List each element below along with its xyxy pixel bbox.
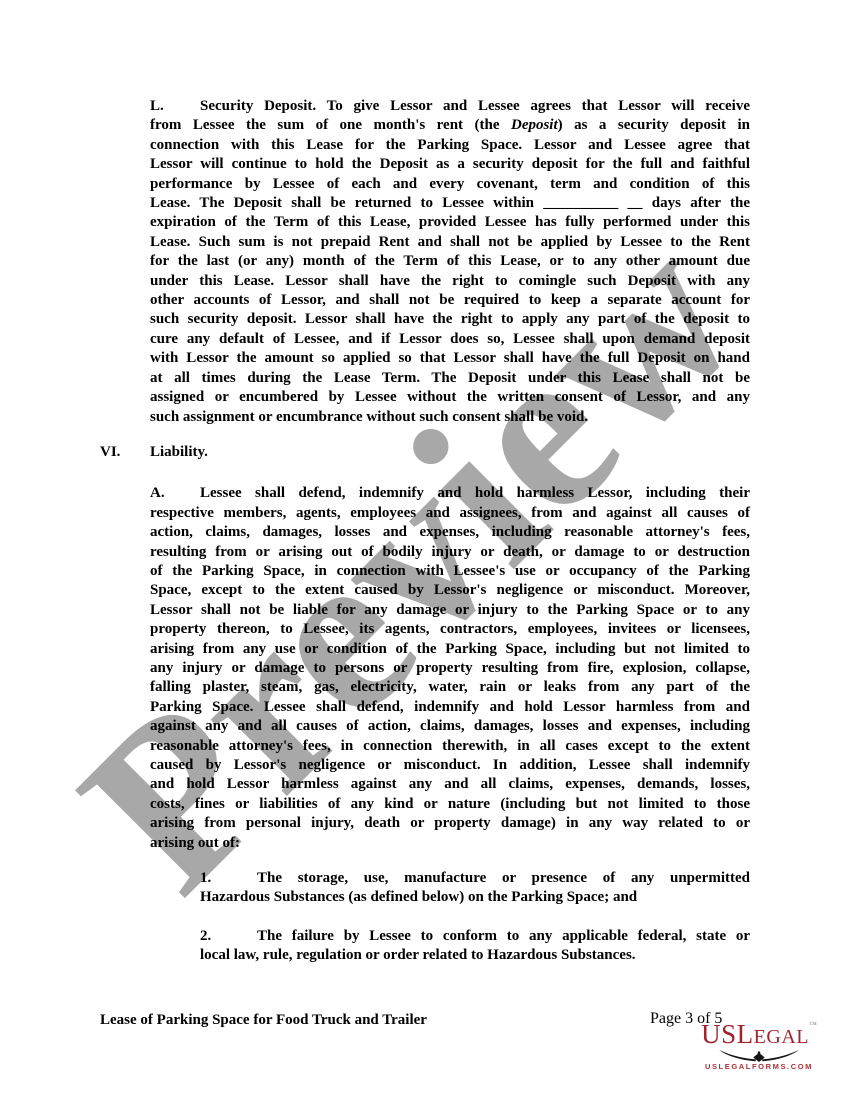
text-line: at all times during the Lease Term. The … xyxy=(150,369,750,388)
trademark-symbol: ™ xyxy=(809,1020,817,1029)
text-line: from Lessee the sum of one month's rent … xyxy=(150,116,750,135)
document-page: Preview L.Security Deposit. To give Less… xyxy=(0,0,850,1100)
text-line: other accounts of Lessor, and shall not … xyxy=(150,291,750,310)
text-line: Lease. Such sum is not prepaid Rent and … xyxy=(150,233,750,252)
text-line: Lessor shall not be liable for any damag… xyxy=(150,601,750,620)
text-line: of the Parking Space, in connection with… xyxy=(150,562,750,581)
text-line: arising from personal injury, death or p… xyxy=(150,814,750,833)
text-line: 2.The failure by Lessee to conform to an… xyxy=(200,927,750,946)
text-line: such assignment or encumbrance without s… xyxy=(150,408,750,427)
text-line: against any and all causes of action, cl… xyxy=(150,717,750,736)
text-line: 1.The storage, use, manufacture or prese… xyxy=(200,869,750,888)
uslegal-logo: USLEGAL™ USLEGALFORMS.COM xyxy=(696,1021,822,1071)
logo-wordmark: USLEGAL™ xyxy=(696,1021,822,1048)
clause-label: 1. xyxy=(200,869,257,888)
text-line: L.Security Deposit. To give Lessor and L… xyxy=(150,97,750,116)
text-line: falling plaster, steam, gas, electricity… xyxy=(150,678,750,697)
text-line: property thereon, to Lessee, its agents,… xyxy=(150,620,750,639)
italic-term: Deposit xyxy=(511,117,558,133)
text-line: reasonable attorney's fees, in connectio… xyxy=(150,737,750,756)
text-line: Space, except to the extent caused by Le… xyxy=(150,581,750,600)
item-2-failure-to-conform: 2.The failure by Lessee to conform to an… xyxy=(200,927,750,966)
text-line: Lease. The Deposit shall be returned to … xyxy=(150,194,750,213)
text-line: Parking Space. Lessee shall defend, inde… xyxy=(150,698,750,717)
text-line: A.Lessee shall defend, indemnify and hol… xyxy=(150,484,750,503)
text-line: caused by Lessor's negligence or miscond… xyxy=(150,756,750,775)
text-line: connection with this Lease for the Parki… xyxy=(150,136,750,155)
text-line: action, claims, damages, losses and expe… xyxy=(150,523,750,542)
text-line: for the last (or any) month of the Term … xyxy=(150,252,750,271)
text-line: resulting from or arising out of bodily … xyxy=(150,543,750,562)
heading-vi-liability: VI.Liability. xyxy=(100,443,750,462)
text-line: respective members, agents, employees an… xyxy=(150,504,750,523)
text-line: with Lessor the amount so applied so tha… xyxy=(150,349,750,368)
text-line: and hold Lessor harmless against any and… xyxy=(150,775,750,794)
text-line: arising from any use or condition of the… xyxy=(150,640,750,659)
text-line: any injury or damage to persons or prope… xyxy=(150,659,750,678)
text-line: VI.Liability. xyxy=(100,443,750,462)
clause-label: L. xyxy=(150,97,200,116)
clause-label: 2. xyxy=(200,927,257,946)
logo-website: USLEGALFORMS.COM xyxy=(696,1063,822,1071)
clause-label: VI. xyxy=(100,443,150,462)
item-1-hazardous-substances-storage: 1.The storage, use, manufacture or prese… xyxy=(200,869,750,908)
logo-wordmark-large: USL xyxy=(701,1019,754,1049)
text-line: assigned or encumbered by Lessee without… xyxy=(150,388,750,407)
text-line: Hazardous Substances (as defined below) … xyxy=(200,888,750,907)
text-line: local law, rule, regulation or order rel… xyxy=(200,946,750,965)
text-line: cure any default of Lessee, and if Lesso… xyxy=(150,330,750,349)
text-line: under this Lease. Lessor shall have the … xyxy=(150,272,750,291)
text-line: costs, fines or liabilities of any kind … xyxy=(150,795,750,814)
footer-document-title: Lease of Parking Space for Food Truck an… xyxy=(100,1012,427,1029)
text-line: arising out of: xyxy=(150,834,750,853)
clause-l-security-deposit: L.Security Deposit. To give Lessor and L… xyxy=(150,97,750,427)
text-line: performance by Lessee of each and every … xyxy=(150,175,750,194)
text-line: Lessor will continue to hold the Deposit… xyxy=(150,155,750,174)
text-line: expiration of the Term of this Lease, pr… xyxy=(150,213,750,232)
clause-a-indemnification: A.Lessee shall defend, indemnify and hol… xyxy=(150,484,750,853)
text-line: such security deposit. Lessor shall have… xyxy=(150,310,750,329)
document-body: L.Security Deposit. To give Lessor and L… xyxy=(100,97,750,985)
clause-label: A. xyxy=(150,484,200,503)
logo-wordmark-small: EGAL xyxy=(754,1026,809,1048)
eagle-wings-icon xyxy=(713,1049,805,1062)
